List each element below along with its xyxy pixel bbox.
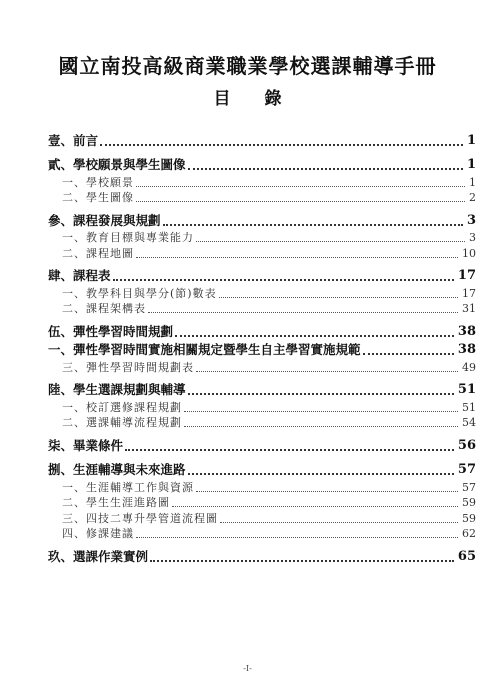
toc-entry-page-number: 3 [465, 230, 476, 245]
toc-entry-label: 一、教學科目與學分(節)數表 [48, 286, 219, 301]
toc-subsection-entry[interactable]: 三、四技二專升學管道流程圖59 [48, 510, 476, 526]
toc-entry-page-number: 56 [454, 437, 476, 455]
toc-entry-label: 二、學生生涯進路圖 [48, 495, 172, 510]
toc-entry-page-number: 59 [458, 511, 476, 526]
toc-entry-page-number: 1 [463, 132, 476, 150]
toc-entry-page-number: 17 [458, 286, 476, 301]
toc-entry-label: 一、彈性學習時間實施相關規定暨學生自主學習實施規範 [48, 341, 363, 359]
toc-entry-page-number: 10 [458, 246, 476, 261]
toc-entry-page-number: 3 [463, 212, 476, 230]
dot-leader [175, 335, 454, 337]
toc-entry-page-number: 51 [454, 381, 476, 399]
toc-heading-part-2: 錄 [264, 84, 281, 109]
toc-entry-label: 一、教育目標與專業能力 [48, 230, 196, 245]
toc-entry-page-number: 38 [454, 341, 476, 359]
toc-entry-label: 捌、生涯輔導與未來進路 [48, 461, 188, 479]
toc-entry-page-number: 38 [454, 323, 476, 341]
toc-entry-label: 二、課程地圖 [48, 246, 136, 261]
dot-leader [136, 201, 465, 202]
toc-entry-label: 肆、課程表 [48, 267, 113, 285]
dot-leader [113, 279, 454, 281]
dot-leader [196, 241, 465, 242]
toc-entry-label: 壹、前言 [48, 132, 100, 150]
dot-leader [188, 393, 454, 395]
toc-entry-label: 柒、畢業條件 [48, 437, 125, 455]
dot-leader [100, 144, 463, 146]
dot-leader [163, 224, 463, 226]
dot-leader [136, 186, 465, 187]
toc-entry-label: 玖、選課作業實例 [48, 548, 150, 566]
toc-section-entry[interactable]: 玖、選課作業實例65 [48, 547, 476, 566]
toc-subsection-entry[interactable]: 四、修課建議62 [48, 526, 476, 542]
toc-entry-page-number: 65 [454, 548, 476, 566]
toc-entry-page-number: 51 [458, 400, 476, 415]
dot-leader [188, 168, 463, 170]
toc-entry-page-number: 1 [465, 175, 476, 190]
toc-subsection-entry[interactable]: 二、學生生涯進路圖59 [48, 495, 476, 511]
toc-section-entry[interactable]: 伍、彈性學習時間規劃38 [48, 322, 476, 341]
document-title: 國立南投高級商業職業學校選課輔導手冊 [0, 50, 495, 79]
toc-entry-label: 二、學生圖像 [48, 190, 136, 205]
toc-subsection-entry[interactable]: 一、教學科目與學分(節)數表17 [48, 285, 476, 301]
dot-leader [188, 473, 454, 475]
toc-section-entry[interactable]: 捌、生涯輔導與未來進路57 [48, 461, 476, 480]
dot-leader [148, 312, 458, 313]
toc-entry-label: 貳、學校願景與學生圖像 [48, 156, 188, 174]
toc-subsection-entry[interactable]: 一、學校願景1 [48, 174, 476, 190]
dot-leader [220, 522, 458, 523]
toc-entry-page-number: 62 [458, 526, 476, 541]
dot-leader [125, 449, 454, 451]
toc-entry-page-number: 57 [454, 461, 476, 479]
toc-entry-label: 一、校訂選修課程規劃 [48, 400, 184, 415]
toc-entry-page-number: 49 [458, 360, 476, 375]
toc-subsection-entry[interactable]: 二、學生圖像2 [48, 190, 476, 206]
dot-leader [136, 537, 458, 538]
dot-leader [172, 506, 458, 507]
toc-heading-part-1: 目 [214, 84, 231, 109]
toc-entry-label: 一、生涯輔導工作與資源 [48, 480, 196, 495]
toc-entry-label: 參、課程發展與規劃 [48, 212, 163, 230]
toc-section-entry[interactable]: 肆、課程表17 [48, 267, 476, 286]
toc-entry-page-number: 59 [458, 495, 476, 510]
toc-entry-page-number: 1 [463, 156, 476, 174]
toc-subsection-entry[interactable]: 二、課程地圖10 [48, 245, 476, 261]
toc-section-entry[interactable]: 陸、學生選課規劃與輔導51 [48, 381, 476, 400]
dot-leader [150, 560, 454, 562]
toc-heading: 目 錄 [0, 84, 495, 109]
toc-entry-page-number: 54 [458, 415, 476, 430]
toc-subsection-entry[interactable]: 二、選課輔導流程規劃54 [48, 415, 476, 431]
toc-subsection-entry[interactable]: 一、教育目標與專業能力3 [48, 230, 476, 246]
dot-leader [184, 426, 458, 427]
toc-entry-label: 二、課程架構表 [48, 301, 148, 316]
toc-entry-page-number: 31 [458, 301, 476, 316]
table-of-contents: 壹、前言1貳、學校願景與學生圖像1一、學校願景1二、學生圖像2參、課程發展與規劃… [48, 131, 476, 566]
toc-subsection-entry[interactable]: 一、校訂選修課程規劃51 [48, 399, 476, 415]
toc-entry-page-number: 17 [454, 267, 476, 285]
dot-leader [196, 371, 458, 372]
toc-section-entry[interactable]: 參、課程發展與規劃3 [48, 211, 476, 230]
toc-subsection-entry[interactable]: 一、生涯輔導工作與資源57 [48, 479, 476, 495]
toc-entry-label: 伍、彈性學習時間規劃 [48, 323, 175, 341]
page-number-footer: -I- [0, 664, 495, 673]
toc-section-entry[interactable]: 一、彈性學習時間實施相關規定暨學生自主學習實施規範38 [48, 341, 476, 360]
toc-section-entry[interactable]: 壹、前言1 [48, 131, 476, 150]
toc-entry-label: 陸、學生選課規劃與輔導 [48, 381, 188, 399]
toc-subsection-entry[interactable]: 二、課程架構表31 [48, 301, 476, 317]
toc-entry-label: 三、彈性學習時間規劃表 [48, 360, 196, 375]
dot-leader [219, 297, 458, 298]
toc-entry-label: 二、選課輔導流程規劃 [48, 415, 184, 430]
dot-leader [196, 491, 458, 492]
toc-entry-label: 一、學校願景 [48, 175, 136, 190]
toc-entry-label: 四、修課建議 [48, 526, 136, 541]
dot-leader [184, 411, 458, 412]
toc-section-entry[interactable]: 柒、畢業條件56 [48, 436, 476, 455]
dot-leader [136, 257, 458, 258]
toc-subsection-entry[interactable]: 三、彈性學習時間規劃表49 [48, 359, 476, 375]
dot-leader [363, 353, 454, 355]
toc-section-entry[interactable]: 貳、學校願景與學生圖像1 [48, 156, 476, 175]
toc-entry-page-number: 2 [465, 190, 476, 205]
toc-entry-page-number: 57 [458, 480, 476, 495]
toc-entry-label: 三、四技二專升學管道流程圖 [48, 511, 220, 526]
